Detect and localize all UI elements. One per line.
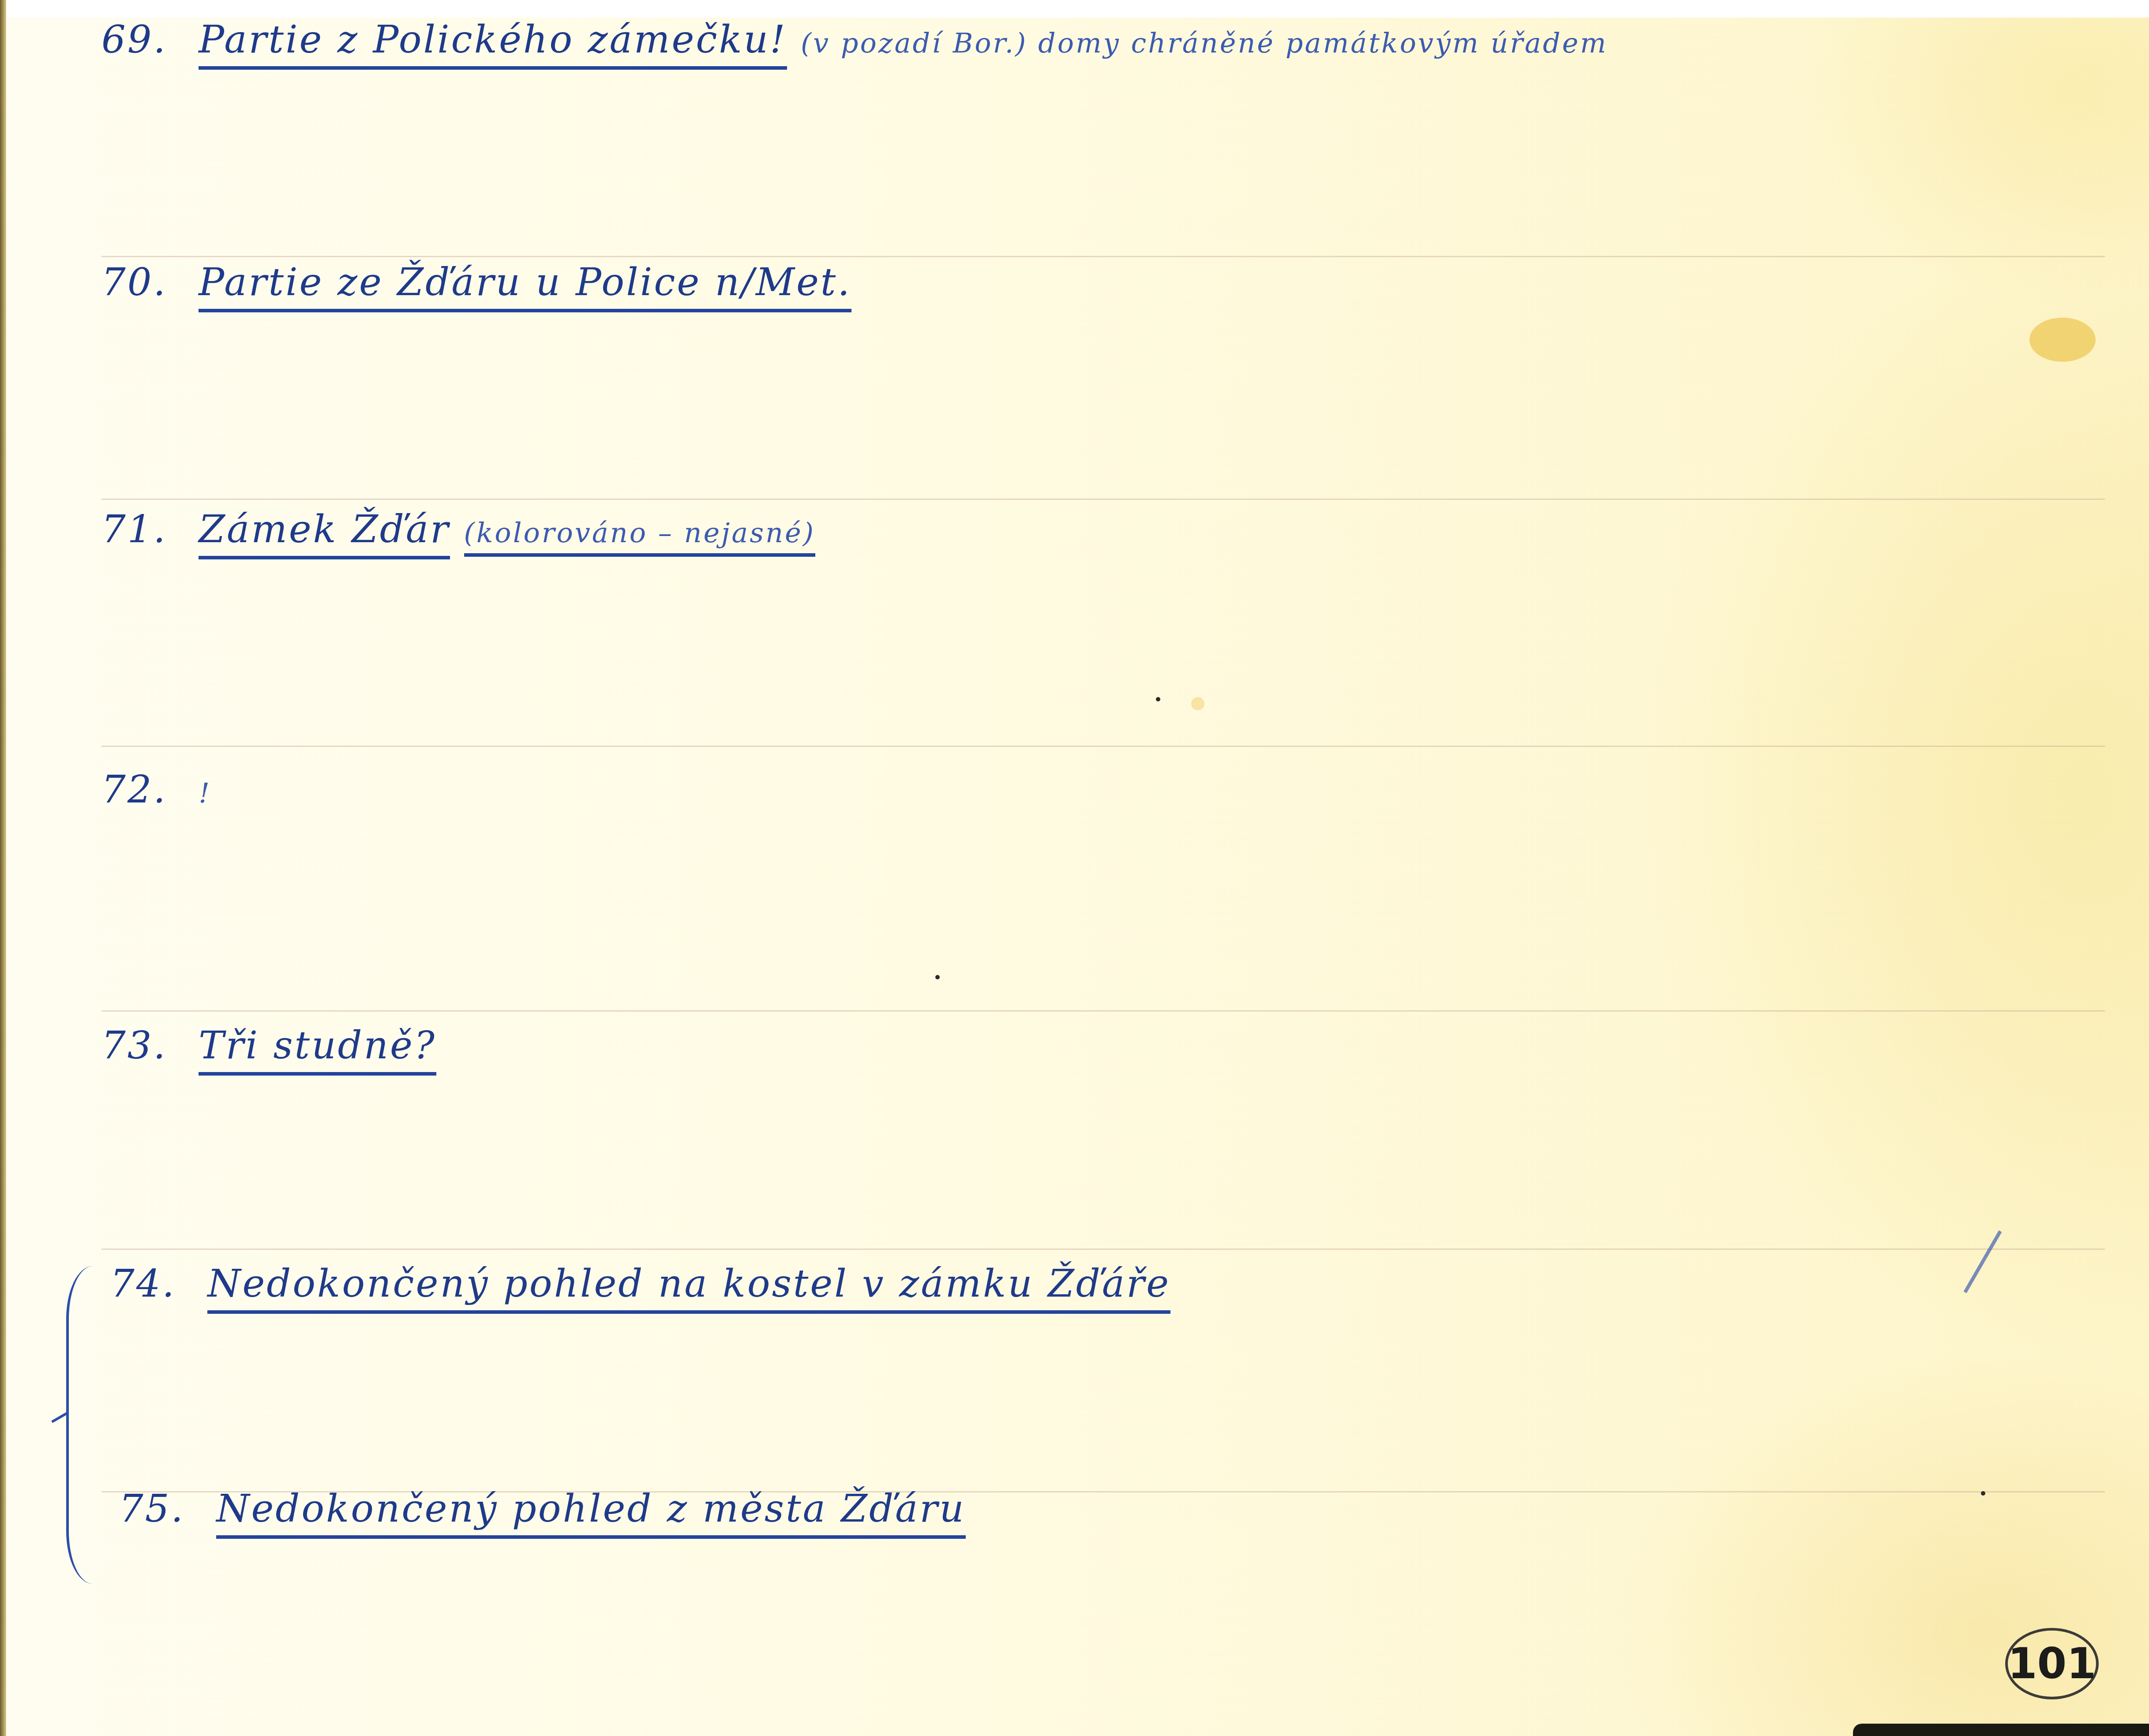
entry-number: 75. <box>119 1487 185 1531</box>
entry-71: 71. Zámek Žďár (kolorováno – nejasné) <box>101 507 815 551</box>
entry-title: Nedokončený pohled na kostel v zámku Žďá… <box>207 1262 1170 1314</box>
entry-73: 73. Tři studně? <box>101 1024 436 1068</box>
entry-title: Tři studně? <box>199 1024 436 1076</box>
entry-title: Partie z Polického zámečku! <box>199 18 787 70</box>
entry-note: (kolorováno – nejasné) <box>464 517 815 557</box>
entry-title: Partie ze Žďáru u Police n/Met. <box>199 260 851 312</box>
ruled-line <box>101 1249 2105 1250</box>
entry-title: ! <box>199 777 211 809</box>
entry-title: Zámek Žďár <box>199 507 450 559</box>
page-bottom-edge <box>1853 1724 2149 1736</box>
ink-dot <box>935 975 940 979</box>
ruled-line <box>101 1010 2105 1012</box>
entry-number: 69. <box>101 18 167 62</box>
paper-stain <box>2029 318 2096 362</box>
pen-stroke-mark <box>1964 1230 2002 1294</box>
paper-stain <box>1191 697 1204 710</box>
entry-75: 75. Nedokončený pohled z města Žďáru <box>119 1487 966 1531</box>
entry-69: 69. Partie z Polického zámečku! (v pozad… <box>101 18 1608 62</box>
ruled-line <box>101 746 2105 747</box>
ruled-line <box>101 499 2105 500</box>
bracket-tip <box>51 1412 68 1423</box>
ink-dot <box>1981 1491 1985 1496</box>
ledger-page: 69. Partie z Polického zámečku! (v pozad… <box>0 0 2149 1736</box>
page-top-margin <box>0 0 2149 18</box>
page-binding-edge <box>0 0 6 1736</box>
page-number: 101 <box>2005 1628 2099 1699</box>
ruled-line <box>101 256 2105 257</box>
entry-number: 72. <box>101 768 167 812</box>
entry-title: Nedokončený pohled z města Žďáru <box>216 1487 966 1539</box>
entry-number: 70. <box>101 260 167 304</box>
bracket-74-75 <box>66 1266 109 1584</box>
entry-70: 70. Partie ze Žďáru u Police n/Met. <box>101 260 851 304</box>
entry-number: 74. <box>110 1262 176 1306</box>
entry-74: 74. Nedokončený pohled na kostel v zámku… <box>110 1262 1170 1306</box>
entry-number: 71. <box>101 507 167 551</box>
entry-note: (v pozadí Bor.) domy chráněné památkovým… <box>801 27 1608 59</box>
entry-72: 72. ! <box>101 768 211 812</box>
entry-number: 73. <box>101 1024 167 1068</box>
ink-dot <box>1156 697 1160 701</box>
